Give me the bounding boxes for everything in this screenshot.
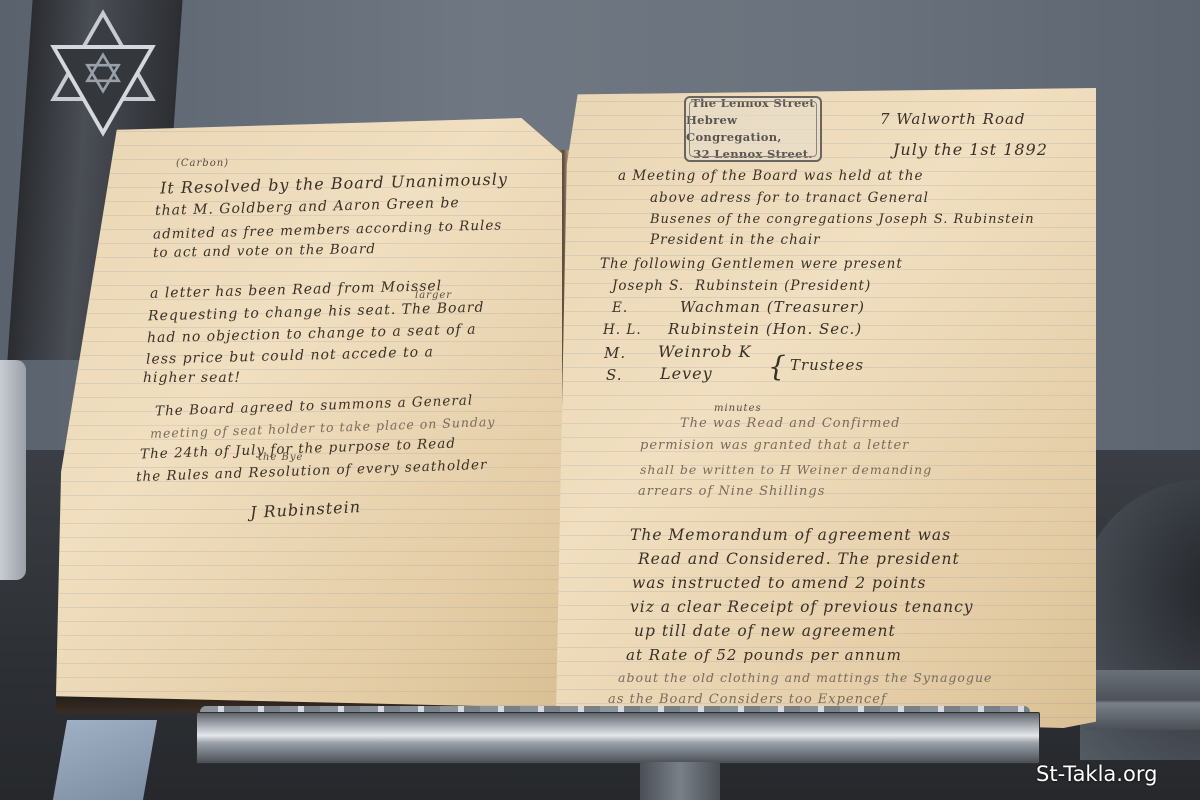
memorandum-line: up till date of new agreement bbox=[634, 622, 896, 640]
right-line: above adress for to tranact General bbox=[650, 190, 929, 206]
attendee-name: Wachman (Treasurer) bbox=[680, 298, 865, 316]
date: July the 1st 1892 bbox=[893, 140, 1048, 159]
left-line: higher seat! bbox=[143, 370, 241, 386]
minutes-line: arrears of Nine Shillings bbox=[638, 484, 825, 499]
insert-note: minutes bbox=[714, 403, 762, 414]
memorandum-line: Read and Considered. The president bbox=[638, 550, 960, 568]
book-stand-post bbox=[640, 762, 720, 800]
book-stand-base bbox=[1085, 670, 1200, 730]
blue-cloth bbox=[53, 720, 157, 800]
insert-note: the Bye bbox=[258, 452, 303, 463]
attendance-heading: The following Gentlemen were present bbox=[600, 256, 903, 272]
congregation-stamp: The Lennox Street Hebrew Congregation, 3… bbox=[684, 96, 822, 162]
attendee-name: Weinrob K bbox=[658, 342, 752, 361]
minutes-line: The was Read and Confirmed bbox=[680, 416, 901, 431]
address: 7 Walworth Road bbox=[880, 110, 1026, 128]
stamp-line: 32 Lennox Street. bbox=[693, 146, 812, 163]
attendee-initial: E. bbox=[612, 300, 628, 316]
attendee-initial: Joseph S. bbox=[612, 278, 684, 294]
memorandum-line: as the Board Considers too Expencef bbox=[608, 692, 887, 707]
memorandum-line: about the old clothing and mattings the … bbox=[618, 670, 992, 685]
attendee-initial: H. L. bbox=[603, 322, 642, 338]
attendee-name: Levey bbox=[660, 364, 713, 383]
right-line: Busenes of the congregations Joseph S. R… bbox=[650, 212, 1035, 227]
stamp-line: Hebrew Congregation, bbox=[686, 112, 820, 146]
right-line: a Meeting of the Board was held at the bbox=[618, 168, 923, 184]
memorandum-line: The Memorandum of agreement was bbox=[630, 526, 951, 544]
stamp-line: The Lennox Street bbox=[691, 95, 815, 112]
attendee-name: Rubinstein (President) bbox=[695, 278, 871, 294]
right-line: President in the chair bbox=[650, 232, 821, 248]
star-of-david-icon bbox=[38, 8, 168, 138]
book-stand-tray bbox=[196, 712, 1040, 764]
margin-note: (Carbon) bbox=[176, 158, 229, 169]
watermark: St-Takla.org bbox=[1036, 762, 1157, 786]
attendee-initial: S. bbox=[606, 366, 623, 384]
memorandum-line: viz a clear Receipt of previous tenancy bbox=[630, 598, 974, 616]
trustees-brace: { bbox=[768, 350, 787, 383]
attendee-initial: M. bbox=[604, 344, 626, 362]
attendee-name: Rubinstein (Hon. Sec.) bbox=[668, 320, 862, 338]
white-post bbox=[0, 360, 26, 580]
memorandum-line: was instructed to amend 2 points bbox=[632, 574, 926, 592]
memorandum-line: at Rate of 52 pounds per annum bbox=[626, 646, 902, 664]
trustees-label: Trustees bbox=[790, 356, 864, 374]
minutes-line: permision was granted that a letter bbox=[640, 438, 909, 453]
minutes-line: shall be written to H Weiner demanding bbox=[640, 462, 932, 477]
